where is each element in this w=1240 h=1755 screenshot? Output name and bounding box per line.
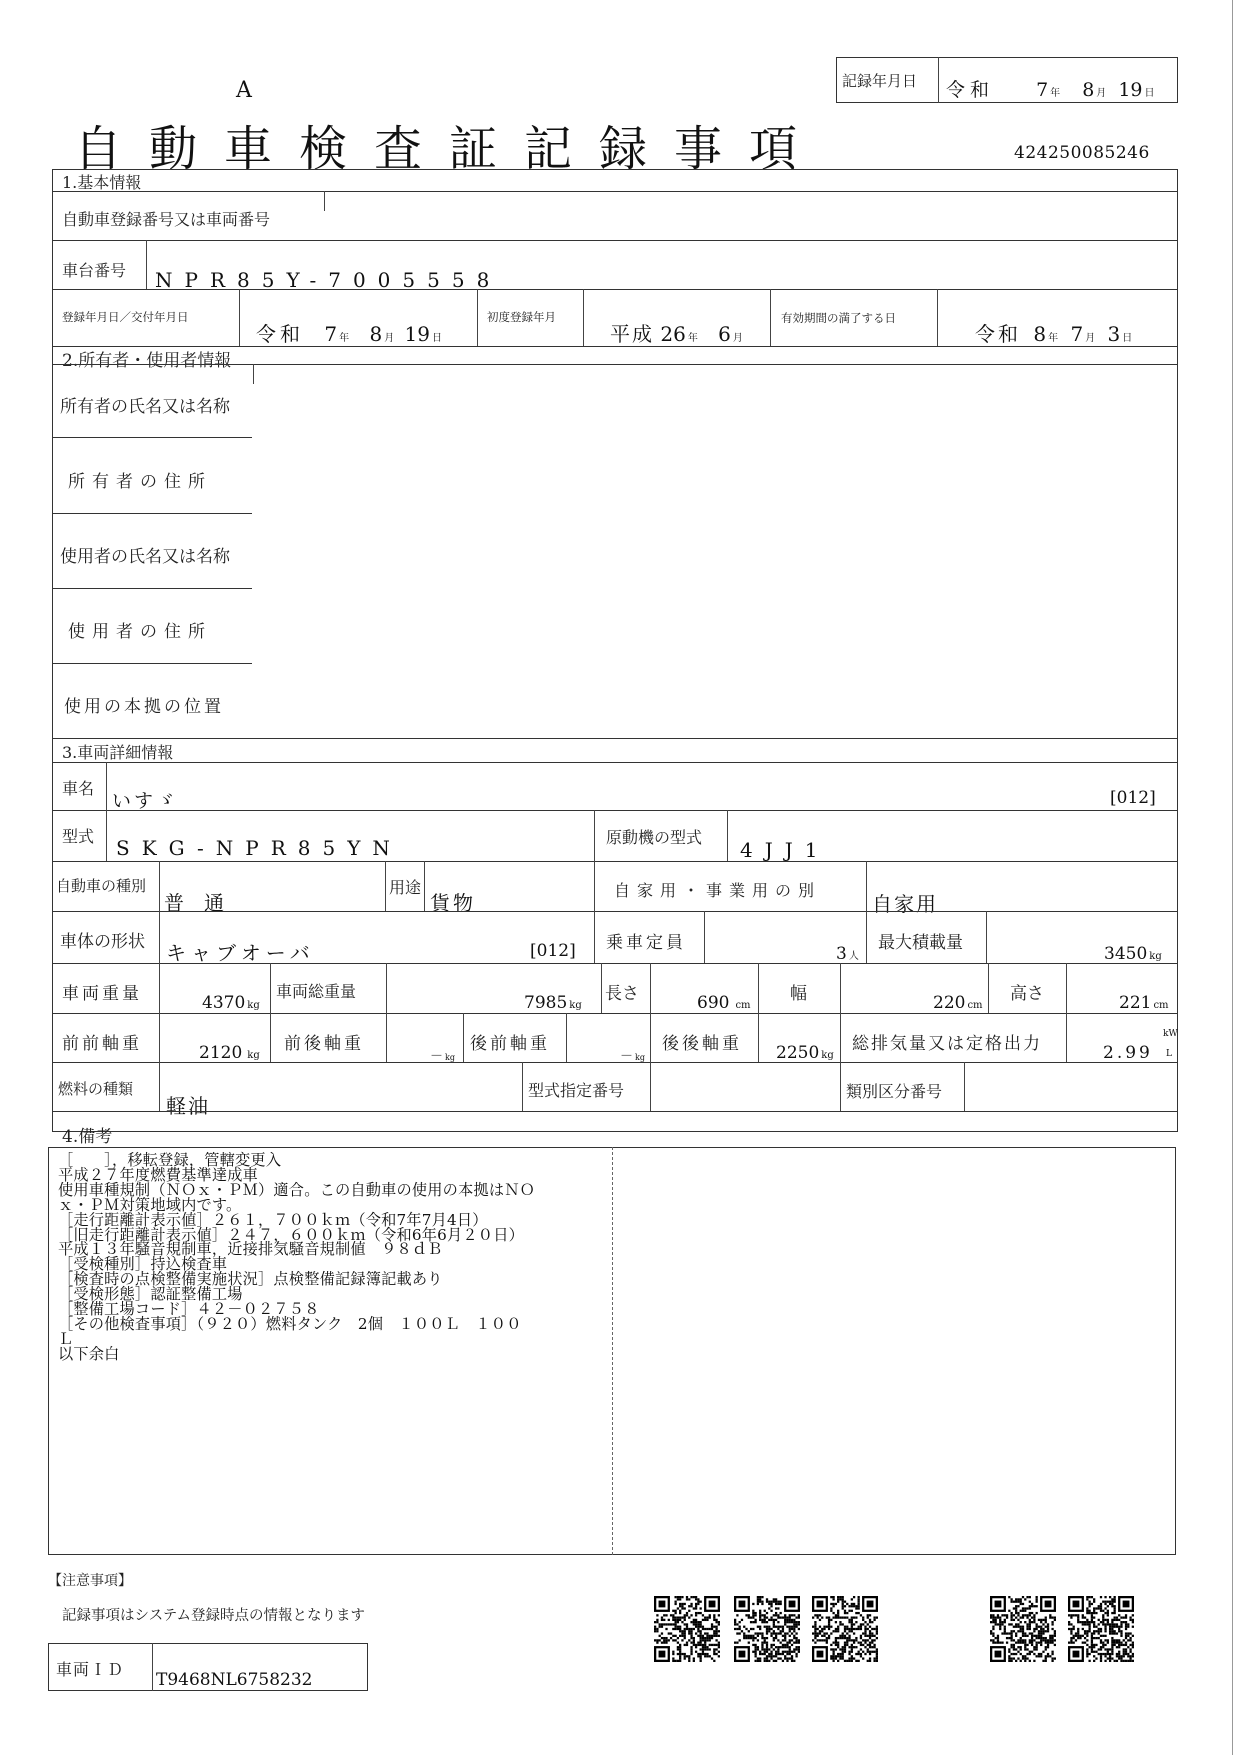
height: 221cm (1119, 993, 1169, 1013)
document-number: 424250085246 (1014, 143, 1150, 163)
vehicle-weight: 4370kg (202, 993, 260, 1013)
user-name-label: 使用者の氏名又は名称 (60, 542, 230, 567)
category-label: 類別区分番号 (846, 1079, 942, 1102)
max-load-label: 最大積載量 (878, 928, 963, 953)
maker-code: [012] (1110, 788, 1156, 808)
section4-heading: 4.備考 (62, 1122, 112, 1147)
fuel: 軽油 (166, 1090, 210, 1119)
qr-code-1 (654, 1592, 720, 1666)
registration-date-label: 登録年月日／交付年月日 (62, 309, 189, 325)
max-load: 3450kg (1104, 944, 1162, 964)
engine-model-label: 原動機の型式 (606, 825, 702, 848)
model-label: 型式 (62, 824, 94, 847)
displacement-label: 総排気量又は定格出力 (852, 1029, 1042, 1054)
registration-date: 令和 7年 8月 19日 (256, 318, 442, 347)
width: 220cm (933, 993, 983, 1013)
gross-weight: 7985kg (524, 993, 582, 1013)
type-designation-label: 型式指定番号 (528, 1078, 624, 1101)
qr-code-2 (734, 1592, 800, 1666)
engine-model: 4JJ1 (740, 838, 829, 862)
form-letter: A (236, 78, 252, 103)
vehicle-id: T9468NL6758232 (156, 1670, 312, 1690)
private-business-label: 自家用・事業用の別 (614, 878, 821, 901)
notes-heading: 【注意事項】 (48, 1570, 132, 1590)
body-shape: キャブオーバ (166, 937, 315, 966)
vehicle-type-label: 自動車の種別 (56, 875, 146, 896)
registration-number-label: 自動車登録番号又は車両番号 (62, 207, 270, 230)
maker: いすゞ (112, 786, 178, 813)
rf-axle-label: 後前軸重 (470, 1029, 550, 1054)
length: 690cm (697, 993, 751, 1013)
body-shape-code: [012] (530, 941, 576, 961)
record-date: 令和 7年 8月 19日 (946, 75, 1155, 102)
gross-weight-label: 車両総重量 (276, 979, 356, 1002)
user-address-label: 使用者の住所 (68, 617, 212, 642)
length-label: 長さ (605, 979, 639, 1004)
first-registration-date: 平成 26年 6月 (610, 318, 743, 347)
body-shape-label: 車体の形状 (60, 927, 145, 952)
owner-name-label: 所有者の氏名又は名称 (60, 392, 230, 417)
displacement-unit-l: L (1166, 1049, 1172, 1059)
section2-heading: 2.所有者・使用者情報 (62, 346, 231, 371)
fr-axle-label: 前後軸重 (284, 1029, 364, 1054)
expiry-date-label: 有効期間の満了する日 (781, 310, 896, 326)
private-business: 自家用 (872, 888, 938, 917)
owner-address-label: 所有者の住所 (68, 467, 212, 492)
usage-label: 用途 (389, 875, 421, 898)
ff-axle-label: 前前軸重 (62, 1029, 142, 1054)
scan-edge (1232, 0, 1233, 1755)
capacity: 3人 (836, 944, 859, 964)
qr-code-5 (1068, 1592, 1134, 1666)
remarks-text: ［ ］，移転登録，管轄変更入 平成２７年度燃費基準達成車 使用車種規制（ＮＯｘ・… (58, 1153, 618, 1362)
qr-code-4 (990, 1592, 1056, 1666)
capacity-label: 乗車定員 (606, 928, 686, 953)
maker-label: 車名 (62, 776, 94, 799)
fuel-label: 燃料の種類 (58, 1078, 133, 1099)
section3-heading: 3.車両詳細情報 (62, 740, 173, 763)
vehicle-id-label: 車両ＩＤ (56, 1657, 124, 1680)
section1-heading: 1.基本情報 (62, 170, 141, 193)
displacement: 2.99 (1103, 1043, 1153, 1063)
first-registration-label: 初度登録年月 (487, 309, 556, 325)
displacement-unit-kw: kW (1163, 1029, 1178, 1039)
vehicle-weight-label: 車両重量 (62, 979, 142, 1004)
rr-axle-label: 後後軸重 (662, 1029, 742, 1054)
width-label: 幅 (790, 979, 807, 1004)
base-location-label: 使用の本拠の位置 (64, 692, 224, 717)
chassis-number-label: 車台番号 (62, 258, 126, 281)
model: SKG-NPR85YN (116, 836, 402, 860)
ff-axle: 2120kg (199, 1043, 260, 1063)
notes-text: 記録事項はシステム登録時点の情報となります (62, 1604, 365, 1625)
height-label: 高さ (1010, 979, 1044, 1004)
expiry-date: 令和 8年 7月 3日 (975, 318, 1132, 347)
qr-code-3 (812, 1592, 878, 1666)
rr-axle: 2250kg (776, 1043, 834, 1063)
record-date-label: 記録年月日 (842, 70, 917, 91)
